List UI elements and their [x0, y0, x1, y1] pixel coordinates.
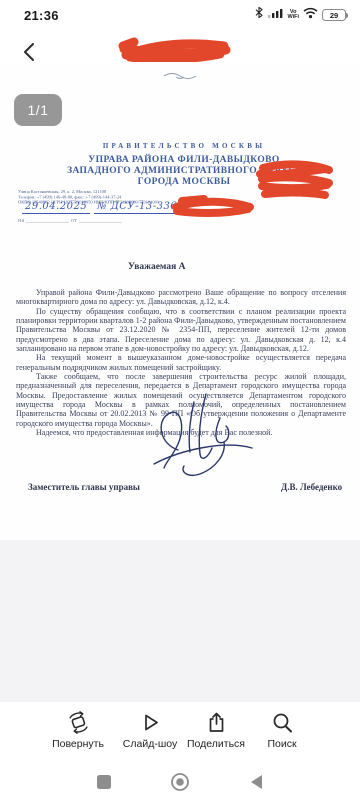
battery-indicator: 29	[322, 9, 348, 21]
back-nav-button[interactable]	[246, 771, 268, 793]
recents-button[interactable]	[93, 771, 115, 793]
battery-percent: 29	[322, 9, 346, 21]
share-button[interactable]: Поделиться	[179, 710, 253, 750]
back-button[interactable]	[18, 40, 42, 64]
signer-name: Д.В. Лебеденко	[281, 482, 342, 492]
document-photo[interactable]: ПРАВИТЕЛЬСТВО МОСКВЫ УПРАВА РАЙОНА ФИЛИ-…	[0, 62, 360, 540]
slideshow-button[interactable]: Слайд-шоу	[113, 710, 187, 750]
page-indicator-badge: 1/1	[14, 94, 62, 126]
slideshow-label: Слайд-шоу	[123, 738, 177, 750]
clock: 21:36	[24, 8, 59, 23]
search-icon	[270, 710, 295, 735]
letterhead-emblem-icon	[160, 68, 200, 86]
vowifi-indicator: Vo WiFi	[287, 10, 299, 20]
viewer-background	[0, 540, 360, 702]
signer-position: Заместитель главы управы	[28, 482, 140, 492]
home-button[interactable]	[169, 771, 191, 793]
android-navigation-bar	[0, 764, 360, 800]
search-button[interactable]: Поиск	[245, 710, 319, 750]
rotate-icon	[66, 710, 91, 735]
redaction-scribble-addressee	[253, 160, 337, 207]
wifi-icon	[303, 6, 318, 24]
reference-date: 29.04.2025	[22, 201, 90, 214]
cellular-signal-icon	[268, 6, 283, 24]
status-bar: 21:36 Vo WiFi 29	[0, 0, 360, 30]
redaction-scribble-name	[170, 193, 256, 226]
paragraph: Управой района Фили-Давыдково рассмотрен…	[16, 288, 346, 307]
rotate-button[interactable]: Повернуть	[41, 710, 115, 750]
salutation: Уважаемая А	[128, 262, 185, 272]
rotate-label: Повернуть	[52, 738, 104, 750]
reference-form-line: на _____________ от _____________	[18, 218, 122, 224]
paragraph: На текущий момент в вышеуказанном доме-н…	[16, 353, 346, 372]
paragraph: По существу обращения сообщаю, что в соо…	[16, 307, 346, 354]
slideshow-icon	[138, 710, 163, 735]
share-label: Поделиться	[187, 738, 245, 750]
search-label: Поиск	[267, 738, 296, 750]
bottom-toolbar: Повернуть Слайд-шоу Поделиться Поиск	[0, 702, 360, 764]
reference-handwritten: 29.04.2025 № ДСУ-13-336/5	[22, 201, 191, 212]
share-icon	[204, 710, 229, 735]
signature-handwriting	[150, 392, 260, 485]
letterhead-government-title: ПРАВИТЕЛЬСТВО МОСКВЫ	[16, 142, 352, 150]
bluetooth-icon	[254, 6, 264, 24]
